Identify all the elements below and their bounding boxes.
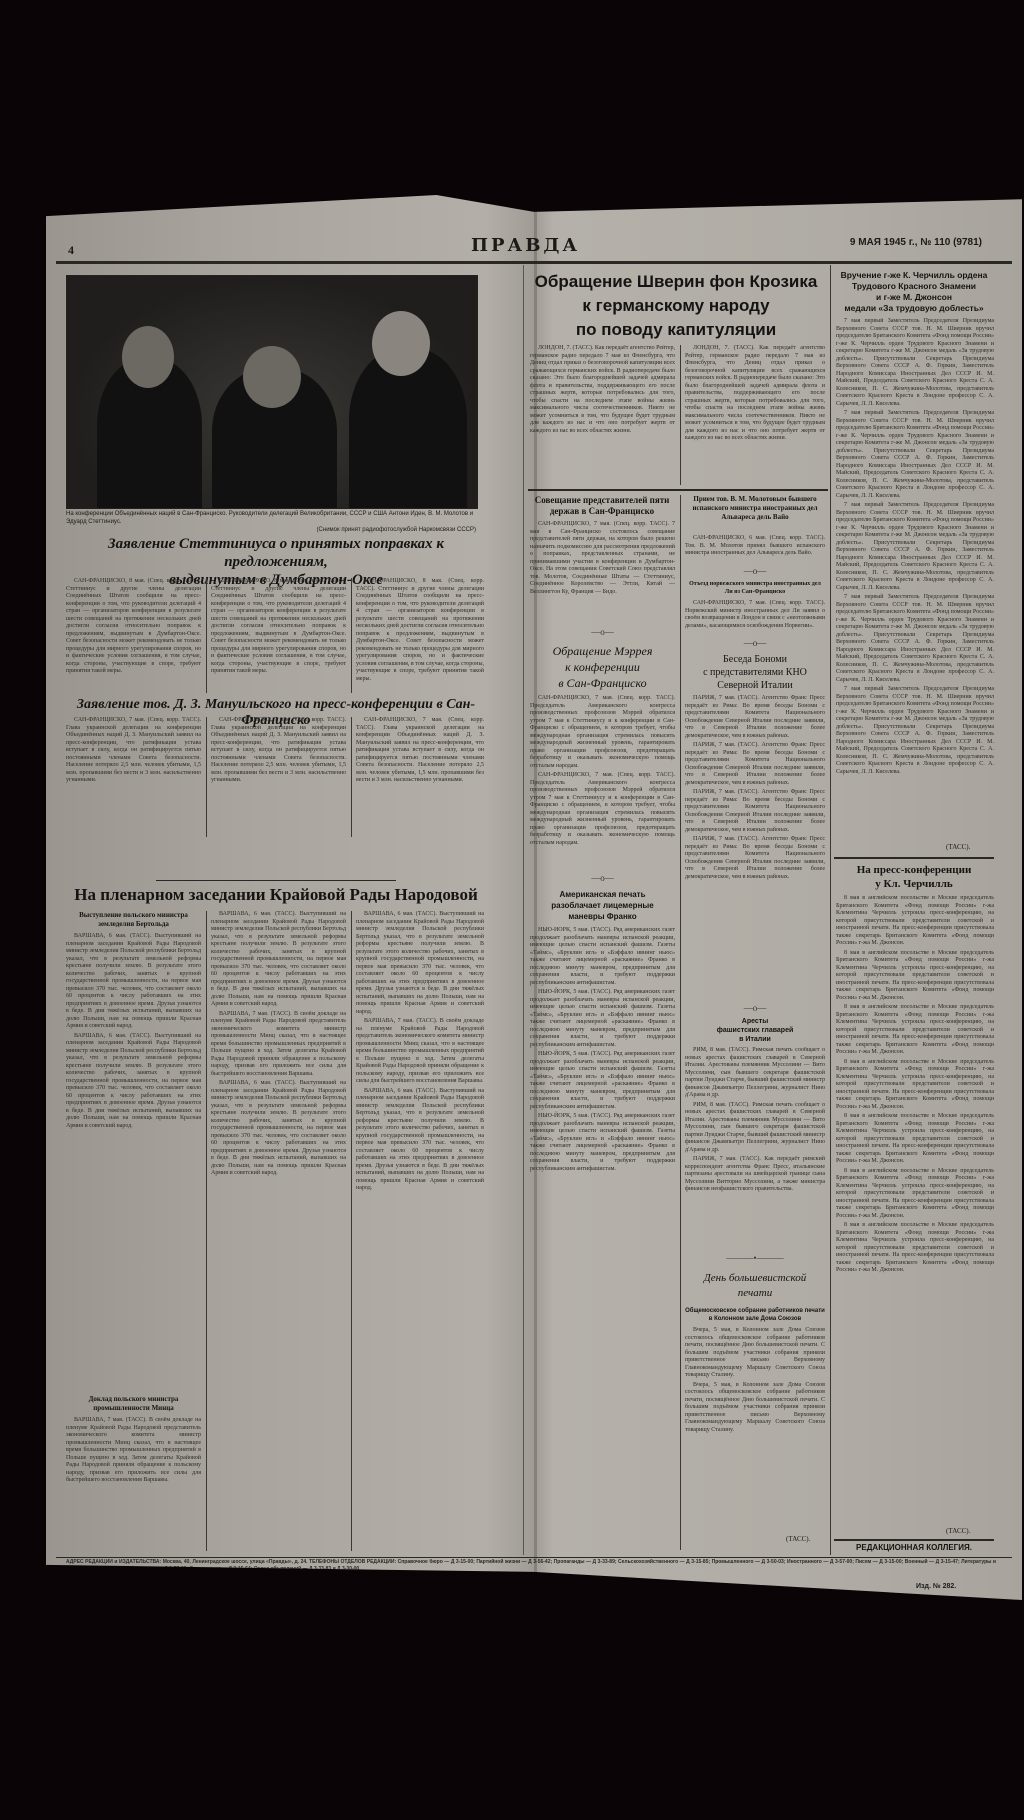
article-body: ПАРИЖ, 7 мая. (ТАСС). Агентство Франс Пр… bbox=[685, 789, 825, 834]
article-body: САН-ФРАНЦИСКО, 7 мая. (Спец. корр. ТАСС)… bbox=[530, 772, 675, 847]
article-body: Вчера, 5 мая, в Колонном зале Дома Союзо… bbox=[685, 1327, 825, 1380]
headline-line: и г-же М. Джонсон bbox=[834, 292, 994, 303]
headline-line: к конференции bbox=[530, 659, 675, 675]
press-day-headline: День большевистской печати bbox=[685, 1271, 825, 1301]
norway-headline: Отъезд норвежского министра иностранных … bbox=[685, 580, 825, 596]
headline-line: Заявление Стеттиниуса о принятых поправк… bbox=[66, 535, 486, 571]
article-body: НЬЮ-ЙОРК, 5 мая. (ТАСС). Ряд американски… bbox=[530, 989, 675, 1049]
article-body: 8 мая в английском посольстве в Москве п… bbox=[836, 950, 994, 1003]
article-body: ПАРИЖ, 7 мая. (ТАСС). Агентство Франс Пр… bbox=[685, 742, 825, 787]
press-day-subhead: Общемосковское собрание работников печат… bbox=[685, 1307, 825, 1323]
schwerin-headline: Обращение Шверин фон Крозика к германско… bbox=[526, 270, 826, 342]
churchill-order-signature: (ТАСС). bbox=[946, 843, 970, 851]
separator-ornament: —o— bbox=[685, 1003, 825, 1013]
manuilsky-col-1: САН-ФРАНЦИСКО, 7 мая. (Спец. корр. ТАСС)… bbox=[66, 717, 201, 837]
murray-headline: Обращение Мэррея к конференции в Сан-Фра… bbox=[530, 643, 675, 691]
column-rule bbox=[680, 345, 681, 485]
article-body: САН-ФРАНЦИСКО, 7 мая. (Спец. корр. ТАСС)… bbox=[66, 717, 201, 785]
headline-line: Обращение Мэррея bbox=[530, 643, 675, 659]
article-body: НЬЮ-ЙОРК, 5 мая. (ТАСС). Ряд американски… bbox=[530, 1113, 675, 1173]
article-body: Вчера, 5 мая, в Колонном зале Дома Союзо… bbox=[685, 1382, 825, 1435]
article-body: 8 мая в английском посольстве в Москве п… bbox=[836, 1113, 994, 1166]
article-body: 7 мая первый Заместитель Председателя Пр… bbox=[836, 410, 994, 500]
mints-col: ВАРШАВА, 7 мая. (ТАСС). В своём докладе … bbox=[66, 1417, 201, 1557]
article-body: 7 мая первый Заместитель Председателя Пр… bbox=[836, 594, 994, 684]
mints-subhead: Доклад польского министра промышленности… bbox=[66, 1395, 201, 1413]
article-body: ВАРШАВА, 6 мая. (ТАСС). Выступивший на п… bbox=[66, 933, 201, 1031]
stettinius-col-1: САН-ФРАНЦИСКО, 8 мая. (Спец. корр. ТАСС)… bbox=[66, 578, 201, 693]
article-body: 8 мая в английском посольстве в Москве п… bbox=[836, 1059, 994, 1112]
article-body: ПАРИЖ, 7 мая. (ТАСС). Агентство Франс Пр… bbox=[685, 836, 825, 881]
photo-caption: На конференции Объединённых наций в Сан-… bbox=[66, 510, 476, 534]
article-body: 8 мая в английском посольстве в Москве п… bbox=[836, 1168, 994, 1221]
krajowa-col-1: ВАРШАВА, 6 мая. (ТАСС). Выступивший на п… bbox=[66, 933, 201, 1373]
article-body: 8 мая в английском посольстве в Москве п… bbox=[836, 895, 994, 948]
column-rule bbox=[206, 911, 207, 1551]
separator-ornament: —o— bbox=[530, 873, 675, 883]
churchill-order-headline: Вручение г-же К. Черчилль ордена Трудово… bbox=[834, 270, 994, 314]
stettinius-col-3: САН-ФРАНЦИСКО, 8 мая. (Спец. корр. ТАСС)… bbox=[356, 578, 484, 693]
article-body: НЬЮ-ЙОРК, 5 мая. (ТАСС). Ряд американски… bbox=[530, 927, 675, 987]
article-body: 7 мая первый Заместитель Председателя Пр… bbox=[836, 318, 994, 408]
headline-line: Беседа Бономи bbox=[685, 653, 825, 666]
article-body: 7 мая первый Заместитель Председателя Пр… bbox=[836, 502, 994, 592]
page-number: 4 bbox=[68, 243, 74, 258]
figure-molotov-head bbox=[243, 346, 301, 408]
krajowa-headline: На пленарном заседании Крайовой Рады Нар… bbox=[66, 885, 486, 905]
newspaper-title: ПРАВДА bbox=[471, 235, 580, 256]
headline-line: Американская печать bbox=[530, 889, 675, 900]
article-body: САН-ФРАНЦИСКО, 7 мая. (Спец. корр. ТАСС)… bbox=[356, 717, 484, 785]
section-rule bbox=[834, 857, 994, 859]
churchill-press-body: 8 мая в английском посольстве в Москве п… bbox=[836, 895, 994, 1535]
article-body: САН-ФРАНЦИСКО, 7 мая. (Спец. корр. ТАСС)… bbox=[685, 600, 825, 630]
article-body: РИМ, 8 мая. (ТАСС). Римская печать сообщ… bbox=[685, 1102, 825, 1155]
churchill-press-headline: На пресс-конференции у Кл. Черчилль bbox=[834, 863, 994, 891]
churchill-order-body: 7 мая первый Заместитель Председателя Пр… bbox=[836, 318, 994, 838]
krajowa-subhead: Выступление польского министра земледели… bbox=[66, 911, 201, 929]
molotov-body: САН-ФРАНЦИСКО, 6 мая. (Спец. корр. ТАСС)… bbox=[685, 535, 825, 565]
headline-line: с представителями КНО bbox=[685, 666, 825, 679]
editorial-board: РЕДАКЦИОННАЯ КОЛЛЕГИЯ. bbox=[834, 1543, 994, 1552]
krajowa-col-2: ВАРШАВА, 6 мая. (ТАСС). Выступивший на п… bbox=[211, 911, 346, 1551]
column-rule bbox=[206, 578, 207, 693]
molotov-headline: Прием тов. В. М. Молотовым бывшего испан… bbox=[685, 495, 825, 522]
footer-printer: Типография газеты «Правда», Ленинград. bbox=[446, 1583, 564, 1589]
manuilsky-col-3: САН-ФРАНЦИСКО, 7 мая. (Спец. корр. ТАСС)… bbox=[356, 717, 484, 837]
article-body: ПАРИЖ, 7 мая. (ТАСС). Как передаёт римск… bbox=[685, 1156, 825, 1194]
photo-credit: (Снимок принят радиофотослужбой Наркомсв… bbox=[66, 526, 476, 534]
stettinius-col-2: САН-ФРАНЦИСКО, 8 мая. (Спец. корр. ТАСС)… bbox=[211, 578, 346, 693]
article-body: ВАРШАВА, 7 мая. (ТАСС). В своём докладе … bbox=[211, 1011, 346, 1079]
headline-line: Трудового Красного Знамени bbox=[834, 281, 994, 292]
article-body: НЬЮ-ЙОРК, 5 мая. (ТАСС). Ряд американски… bbox=[530, 1051, 675, 1111]
article-body: РИМ, 8 мая. (ТАСС). Римская печать сообщ… bbox=[685, 1047, 825, 1100]
murray-body: САН-ФРАНЦИСКО, 7 мая. (Спец. корр. ТАСС)… bbox=[530, 695, 675, 870]
article-body: САН-ФРАНЦИСКО, 8 мая. (Спец. корр. ТАСС)… bbox=[66, 578, 201, 676]
footer-address: АДРЕС РЕДАКЦИИ и ИЗДАТЕЛЬСТВА: Москва, 4… bbox=[66, 1559, 996, 1575]
headline-line: к германскому народу bbox=[526, 294, 826, 318]
separator-ornament: —o— bbox=[685, 566, 825, 576]
section-rule bbox=[528, 489, 828, 491]
franco-headline: Американская печать разоблачает лицемерн… bbox=[530, 889, 675, 922]
separator-ornament: —o— bbox=[530, 627, 675, 637]
press-day-body: Вчера, 5 мая, в Колонном зале Дома Союзо… bbox=[685, 1327, 825, 1532]
article-body: ВАРШАВА, 6 мая. (ТАСС). Выступивший на п… bbox=[66, 1033, 201, 1131]
article-body: ВАРШАВА, 6 мая. (ТАСС). Выступивший на п… bbox=[211, 1080, 346, 1178]
section-rule bbox=[156, 880, 396, 881]
column-rule bbox=[206, 717, 207, 837]
schwerin-col-2: ЛОНДОН, 7. (ТАСС). Как передаёт агентств… bbox=[685, 345, 825, 485]
article-body: ВАРШАВА, 6 мая. (ТАСС). Выступивший на п… bbox=[356, 911, 484, 1016]
article-body: ВАРШАВА, 7 мая. (ТАСС). В своём докладе … bbox=[66, 1417, 201, 1485]
schwerin-col-1: ЛОНДОН, 7. (ТАСС). Как передаёт агентств… bbox=[530, 345, 675, 485]
article-body: 7 мая первый Заместитель Председателя Пр… bbox=[836, 686, 994, 776]
article-body: САН-ФРАНЦИСКО, 7 мая. (Спец. корр. ТАСС)… bbox=[530, 521, 675, 596]
headline-line: Вручение г-же К. Черчилль ордена bbox=[834, 270, 994, 281]
article-body: ВАРШАВА, 7 мая. (ТАСС). В своём докладе … bbox=[356, 1018, 484, 1086]
footer-code: Г01311. bbox=[66, 1580, 91, 1587]
article-body: ВАРШАВА, 6 мая. (ТАСС). Выступивший на п… bbox=[356, 1088, 484, 1193]
masthead-rule bbox=[56, 261, 1012, 264]
headline-line: маневры Франко bbox=[530, 911, 675, 922]
headline-line: фашистских главарей bbox=[685, 1026, 825, 1035]
column-rule bbox=[830, 265, 831, 1555]
article-body: САН-ФРАНЦИСКО, 7 мая. (Спец. корр. ТАСС)… bbox=[211, 717, 346, 785]
bonomi-headline: Беседа Бономи с представителями КНО Севе… bbox=[685, 653, 825, 692]
arrests-headline: Аресты фашистских главарей в Италии bbox=[685, 1017, 825, 1044]
separator-ornament: ———•——— bbox=[685, 1253, 825, 1263]
masthead: 4 ПРАВДА 9 МАЯ 1945 г., № 110 (9781) bbox=[46, 233, 1022, 263]
headline-line: Северной Италии bbox=[685, 679, 825, 692]
headline-line: На пресс-конференции bbox=[834, 863, 994, 877]
issue-dateline: 9 МАЯ 1945 г., № 110 (9781) bbox=[850, 237, 982, 248]
delegation-photo bbox=[66, 275, 478, 509]
press-day-signature: (ТАСС). bbox=[786, 1535, 810, 1543]
norway-body: САН-ФРАНЦИСКО, 7 мая. (Спец. корр. ТАСС)… bbox=[685, 600, 825, 638]
article-body: 8 мая в английском посольстве в Москве п… bbox=[836, 1004, 994, 1057]
separator-ornament: —o— bbox=[685, 638, 825, 648]
bonomi-body: ПАРИЖ, 7 мая. (ТАСС). Агентство Франс Пр… bbox=[685, 695, 825, 975]
newspaper-page: 4 ПРАВДА 9 МАЯ 1945 г., № 110 (9781) На … bbox=[46, 195, 1022, 1600]
headline-line: у Кл. Черчилль bbox=[834, 877, 994, 891]
five-powers-headline: Совещание представителей пяти держав в С… bbox=[528, 495, 676, 517]
article-body: САН-ФРАНЦИСКО, 7 мая. (Спец. корр. ТАСС)… bbox=[530, 695, 675, 770]
five-powers-body: САН-ФРАНЦИСКО, 7 мая. (Спец. корр. ТАСС)… bbox=[530, 521, 675, 626]
article-body: 8 мая в английском посольстве в Москве п… bbox=[836, 1222, 994, 1275]
headline-line: Аресты bbox=[685, 1017, 825, 1026]
franco-body: НЬЮ-ЙОРК, 5 мая. (ТАСС). Ряд американски… bbox=[530, 927, 675, 1552]
section-rule bbox=[834, 1539, 994, 1541]
article-body: САН-ФРАНЦИСКО, 8 мая. (Спец. корр. ТАСС)… bbox=[356, 578, 484, 683]
column-rule bbox=[351, 911, 352, 1551]
headline-line: печати bbox=[685, 1286, 825, 1301]
article-body: ВАРШАВА, 6 мая. (ТАСС). Выступивший на п… bbox=[211, 911, 346, 1009]
gutter-rule bbox=[523, 265, 524, 1555]
article-body: ЛОНДОН, 7. (ТАСС). Как передаёт агентств… bbox=[530, 345, 675, 435]
footer-rule bbox=[56, 1557, 1012, 1558]
figure-eden-head bbox=[122, 326, 174, 388]
churchill-press-signature: (ТАСС). bbox=[946, 1527, 970, 1535]
headline-line: по поводу капитуляции bbox=[526, 318, 826, 342]
arrests-body: РИМ, 8 мая. (ТАСС). Римская печать сообщ… bbox=[685, 1047, 825, 1247]
headline-line: Обращение Шверин фон Крозика bbox=[526, 270, 826, 294]
headline-line: в Италии bbox=[685, 1035, 825, 1044]
manuilsky-col-2: САН-ФРАНЦИСКО, 7 мая. (Спец. корр. ТАСС)… bbox=[211, 717, 346, 837]
article-body: САН-ФРАНЦИСКО, 8 мая. (Спец. корр. ТАСС)… bbox=[211, 578, 346, 676]
headline-line: разоблачает лицемерные bbox=[530, 900, 675, 911]
krajowa-col-3: ВАРШАВА, 6 мая. (ТАСС). Выступивший на п… bbox=[356, 911, 484, 1551]
column-rule bbox=[351, 578, 352, 693]
column-rule bbox=[680, 495, 681, 1550]
headline-line: медали «За трудовую доблесть» bbox=[834, 303, 994, 314]
headline-line: в Сан-Франциско bbox=[530, 675, 675, 691]
article-body: ЛОНДОН, 7. (ТАСС). Как передаёт агентств… bbox=[685, 345, 825, 443]
figure-stettinius-head bbox=[372, 311, 430, 376]
footer-order-number: Изд. № 282. bbox=[916, 1583, 956, 1590]
column-rule bbox=[351, 717, 352, 837]
article-body: САН-ФРАНЦИСКО, 6 мая. (Спец. корр. ТАСС)… bbox=[685, 535, 825, 558]
caption-text: На конференции Объединённых наций в Сан-… bbox=[66, 511, 473, 525]
headline-line: День большевистской bbox=[685, 1271, 825, 1286]
article-body: ПАРИЖ, 7 мая. (ТАСС). Агентство Франс Пр… bbox=[685, 695, 825, 740]
